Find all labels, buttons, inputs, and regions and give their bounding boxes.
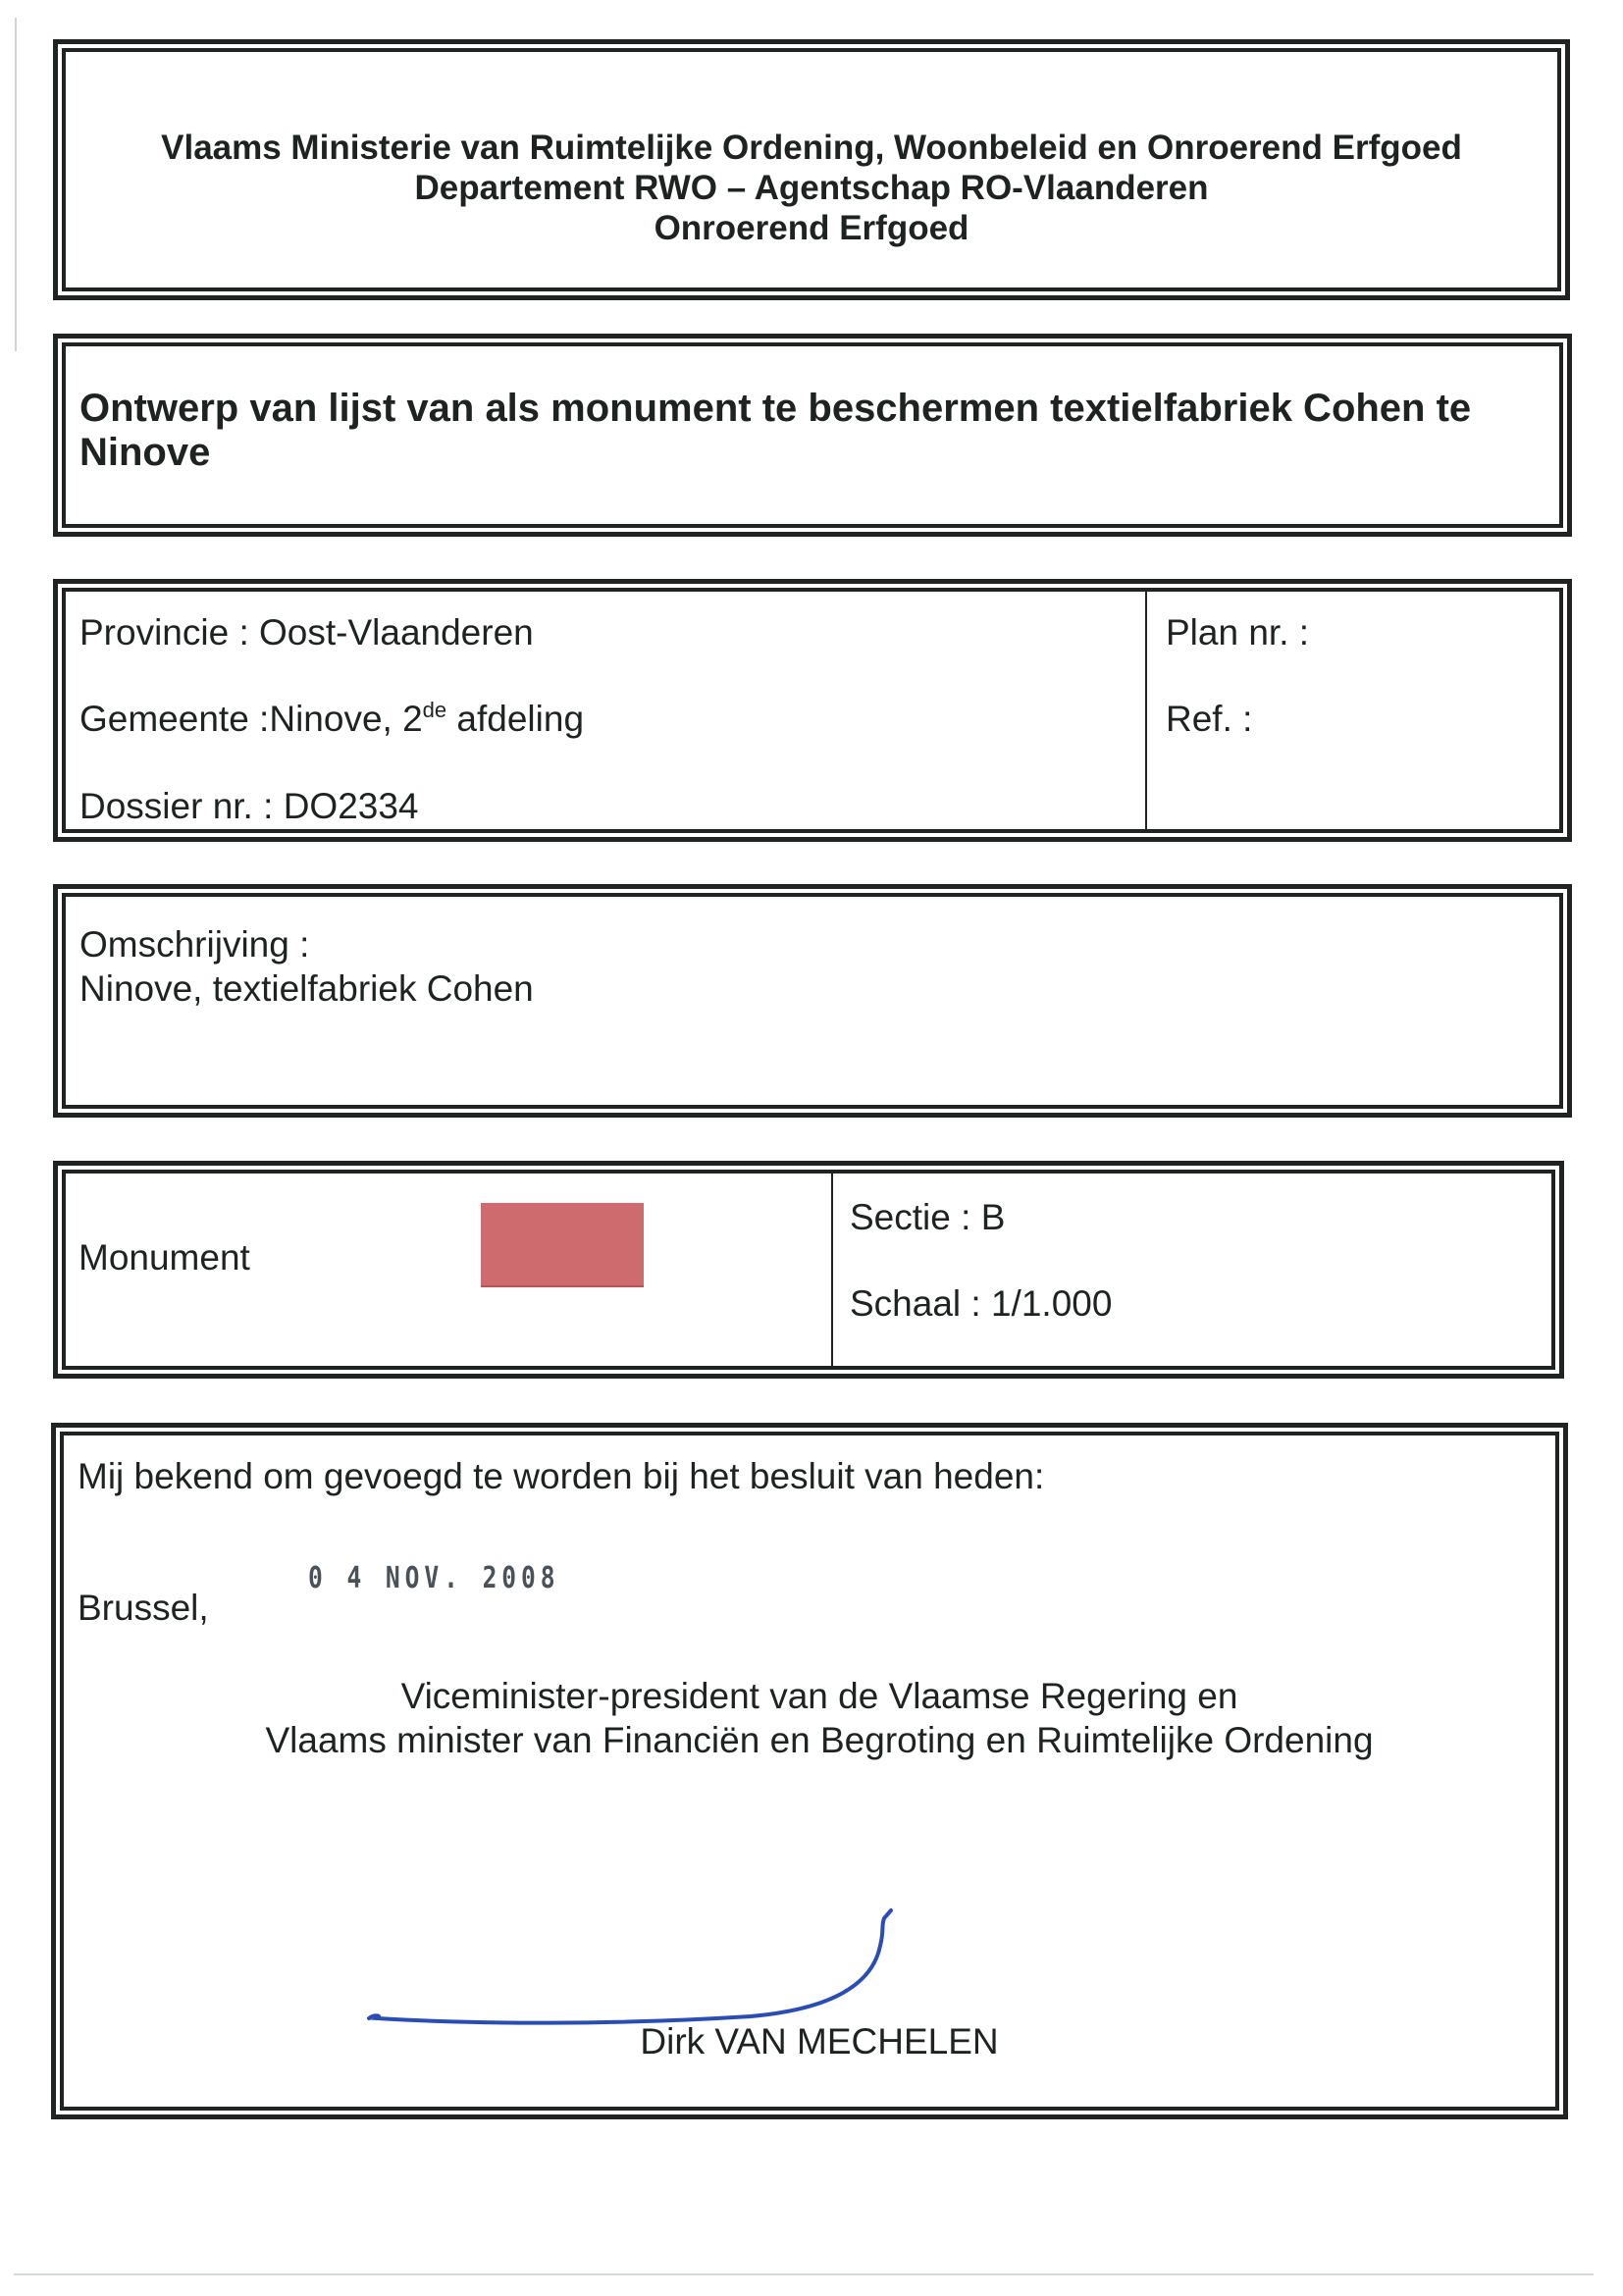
dossier-field: Dossier nr. : DO2334 xyxy=(79,788,419,824)
legend-box: Monument Sectie : B Schaal : 1/1.000 xyxy=(53,1161,1564,1379)
plan-label: Plan nr. : xyxy=(1166,612,1309,652)
provincie-value: Oost-Vlaanderen xyxy=(259,612,534,652)
location-box: Provincie : Oost-Vlaanderen Gemeente :Ni… xyxy=(53,579,1572,842)
schaal-value: 1/1.000 xyxy=(991,1283,1112,1324)
department-name: Departement RWO – Agentschap RO-Vlaander… xyxy=(66,171,1557,205)
scan-bottom-line xyxy=(14,2273,1594,2275)
provincie-field: Provincie : Oost-Vlaanderen xyxy=(79,614,534,651)
sectie-field: Sectie : B xyxy=(850,1199,1005,1235)
ministry-header-box: Vlaams Ministerie van Ruimtelijke Ordeni… xyxy=(53,39,1570,300)
ministry-name: Vlaams Ministerie van Ruimtelijke Ordeni… xyxy=(66,130,1557,165)
gemeente-ordinal-suffix: de xyxy=(423,698,446,722)
gemeente-field: Gemeente :Ninove, 2de afdeling xyxy=(79,701,584,737)
description-box: Omschrijving : Ninove, textielfabriek Co… xyxy=(53,884,1572,1118)
ref-field: Ref. : xyxy=(1166,701,1252,737)
description-label: Omschrijving : xyxy=(79,926,309,963)
dossier-value: DO2334 xyxy=(284,786,419,826)
location-divider xyxy=(1145,592,1147,829)
location-inner-border: Provincie : Oost-Vlaanderen Gemeente :Ni… xyxy=(62,588,1563,833)
document-title-line2: Ninove xyxy=(79,433,210,472)
monument-color-swatch xyxy=(481,1203,644,1287)
gemeente-value: Ninove, 2 xyxy=(269,699,422,739)
approval-inner-border: Mij bekend om gevoegd te worden bij het … xyxy=(60,1432,1559,2111)
document-title-box: Ontwerp van lijst van als monument te be… xyxy=(53,334,1572,537)
sectie-value: B xyxy=(981,1197,1006,1237)
legend-inner-border: Monument Sectie : B Schaal : 1/1.000 xyxy=(62,1170,1555,1370)
gemeente-label: Gemeente : xyxy=(79,699,269,739)
plan-field: Plan nr. : xyxy=(1166,614,1309,651)
document-title-inner-border: Ontwerp van lijst van als monument te be… xyxy=(62,342,1563,528)
ref-label: Ref. : xyxy=(1166,699,1252,739)
sectie-label: Sectie : xyxy=(850,1197,981,1237)
document-title-line1: Ontwerp van lijst van als monument te be… xyxy=(79,389,1471,428)
legend-label-monument: Monument xyxy=(79,1239,250,1276)
scan-edge-line xyxy=(15,18,17,351)
dossier-label: Dossier nr. : xyxy=(79,786,284,826)
approval-box: Mij bekend om gevoegd te worden bij het … xyxy=(51,1423,1568,2119)
provincie-label: Provincie : xyxy=(79,612,259,652)
ministry-header-inner-border: Vlaams Ministerie van Ruimtelijke Ordeni… xyxy=(62,48,1561,291)
description-inner-border: Omschrijving : Ninove, textielfabriek Co… xyxy=(62,893,1563,1109)
description-value: Ninove, textielfabriek Cohen xyxy=(79,970,534,1007)
division-name: Onroerend Erfgoed xyxy=(66,211,1557,245)
signatory-name: Dirk VAN MECHELEN xyxy=(64,2023,1555,2060)
gemeente-suffix: afdeling xyxy=(446,699,584,739)
signature-mark xyxy=(64,1435,1565,2122)
legend-divider xyxy=(831,1174,833,1366)
schaal-field: Schaal : 1/1.000 xyxy=(850,1285,1112,1322)
schaal-label: Schaal : xyxy=(850,1283,991,1324)
